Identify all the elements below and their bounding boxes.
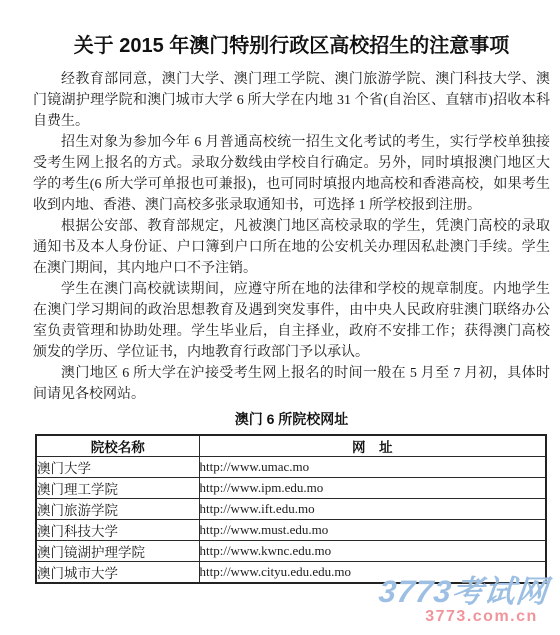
- body-paragraph: 学生在澳门高校就读期间，应遵守所在地的法律和学校的规章制度。内地学生在澳门学习期…: [33, 279, 550, 363]
- header-school-name: 院校名称: [36, 435, 199, 457]
- body-paragraph: 澳门地区 6 所大学在沪接受考生网上报名的时间一般在 5 月至 7 月初，具体时…: [33, 363, 550, 405]
- table-row: 澳门大学 http://www.umac.mo: [36, 457, 546, 478]
- table-row: 澳门科技大学 http://www.must.edu.mo: [36, 520, 546, 541]
- school-name-cell: 澳门旅游学院: [36, 499, 199, 520]
- body-paragraph: 经教育部同意，澳门大学、澳门理工学院、澳门旅游学院、澳门科技大学、澳门镜湖护理学…: [33, 69, 550, 132]
- school-name-cell: 澳门镜湖护理学院: [36, 541, 199, 562]
- table-row: 澳门镜湖护理学院 http://www.kwnc.edu.mo: [36, 541, 546, 562]
- watermark: 3773考试网 3773.com.cn: [379, 576, 548, 625]
- school-url-cell: http://www.ipm.edu.mo: [199, 478, 546, 499]
- page-title: 关于 2015 年澳门特别行政区高校招生的注意事项: [33, 34, 550, 58]
- school-url-cell: http://www.must.edu.mo: [199, 520, 546, 541]
- watermark-brand-logo: 3773考试网: [377, 576, 549, 607]
- school-url-cell: http://www.kwnc.edu.mo: [199, 541, 546, 562]
- schools-table: 院校名称 网 址 澳门大学 http://www.umac.mo 澳门理工学院 …: [35, 434, 547, 584]
- watermark-domain: 3773.com.cn: [379, 609, 548, 625]
- document-page: 关于 2015 年澳门特别行政区高校招生的注意事项 经教育部同意，澳门大学、澳门…: [0, 0, 560, 635]
- school-name-cell: 澳门科技大学: [36, 520, 199, 541]
- school-url-cell: http://www.ift.edu.mo: [199, 499, 546, 520]
- table-caption: 澳门 6 所院校网址: [33, 409, 550, 429]
- body-paragraph: 根据公安部、教育部规定，凡被澳门地区高校录取的学生，凭澳门高校的录取通知书及本人…: [33, 216, 550, 279]
- table-row: 澳门理工学院 http://www.ipm.edu.mo: [36, 478, 546, 499]
- body-paragraph: 招生对象为参加今年 6 月普通高校统一招生文化考试的考生，实行学校单独接受考生网…: [33, 132, 550, 216]
- school-name-cell: 澳门大学: [36, 457, 199, 478]
- table-row: 澳门旅游学院 http://www.ift.edu.mo: [36, 499, 546, 520]
- school-name-cell: 澳门城市大学: [36, 562, 199, 584]
- header-url: 网 址: [199, 435, 546, 457]
- school-url-cell: http://www.umac.mo: [199, 457, 546, 478]
- table-header-row: 院校名称 网 址: [36, 435, 546, 457]
- school-name-cell: 澳门理工学院: [36, 478, 199, 499]
